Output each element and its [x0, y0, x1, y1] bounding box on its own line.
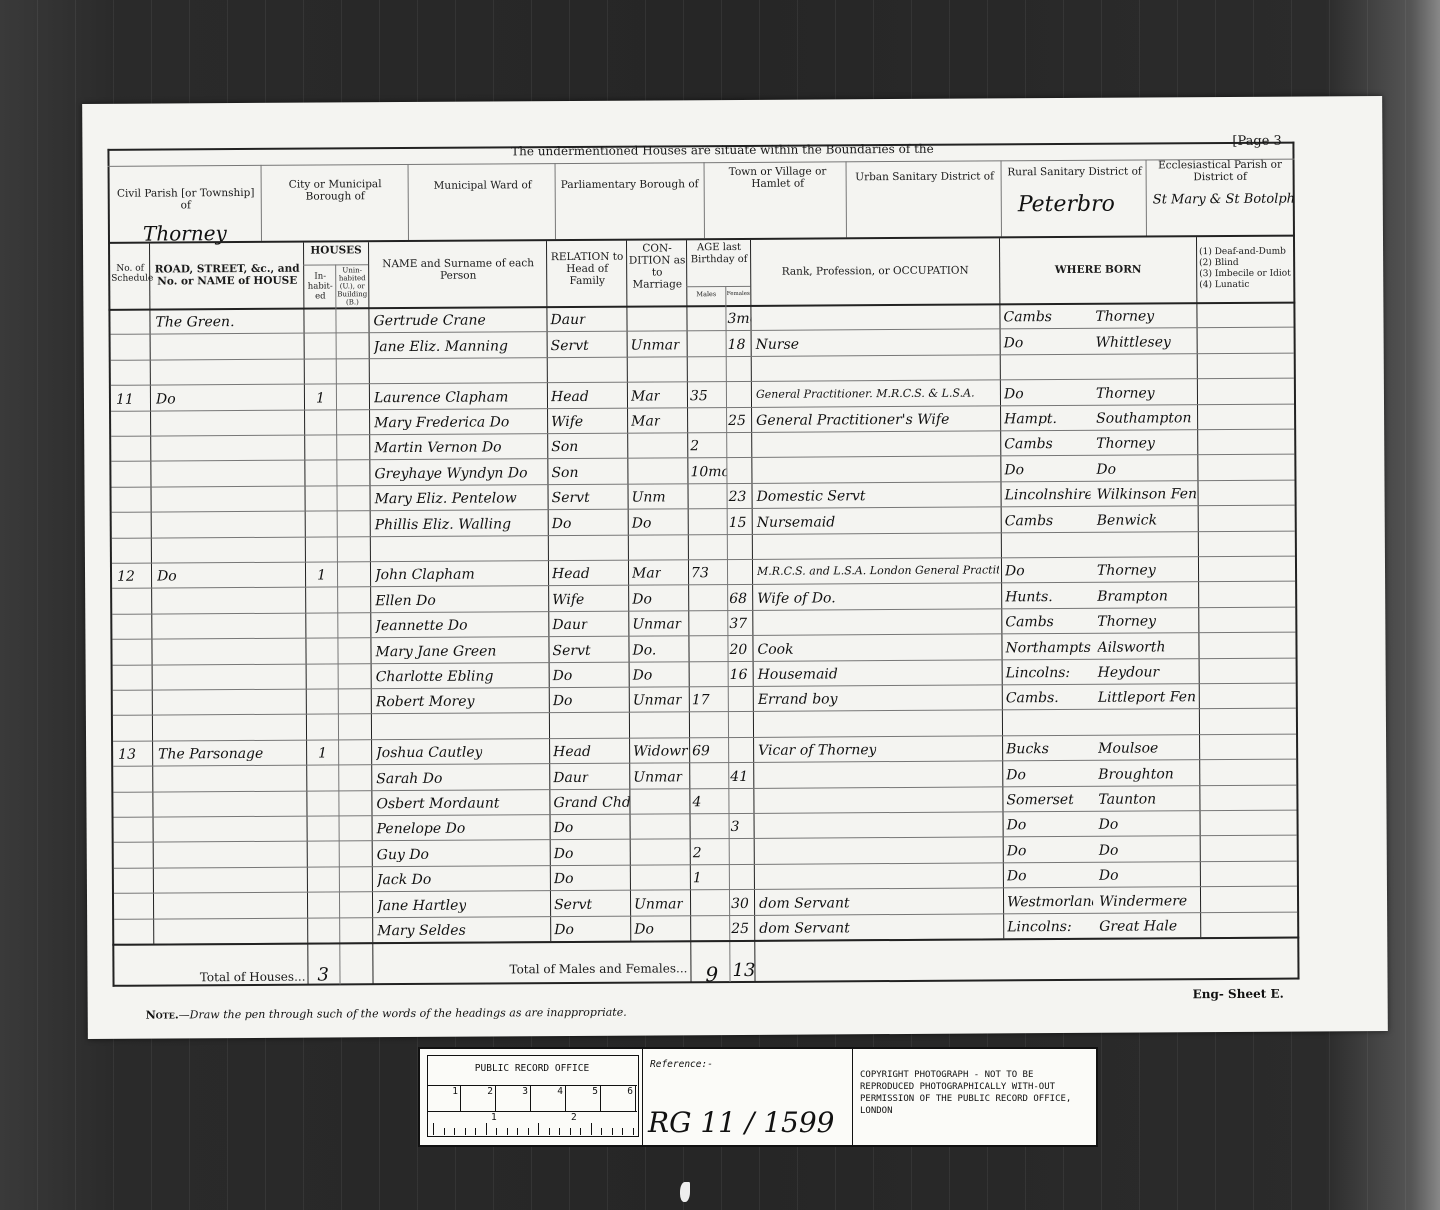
name-cell: Sarah Do	[376, 771, 442, 785]
occupation-cell: Vicar of Thorney	[758, 743, 877, 758]
row-rule	[112, 530, 1295, 538]
row-rule	[113, 708, 1296, 716]
male-age-cell: 73	[691, 567, 709, 581]
female-age-cell: 68	[729, 592, 747, 606]
ruler-tick	[549, 1128, 550, 1135]
name-cell: Robert Morey	[376, 695, 475, 710]
col-infirmity-4: (4) Lunatic	[1199, 280, 1249, 291]
ruler-tick	[444, 1128, 445, 1135]
row-rule	[113, 683, 1296, 691]
relation-cell: Wife	[551, 415, 583, 429]
born-place-cell: Do	[1096, 462, 1116, 476]
ruler-tick	[517, 1128, 518, 1135]
born-place-cell: Broughton	[1098, 767, 1174, 781]
name-cell: Gertrude Crane	[373, 314, 485, 329]
row-rule	[113, 784, 1296, 792]
ruler: 12	[427, 1112, 637, 1135]
occupation-cell: Errand boy	[758, 693, 838, 707]
condition-cell: Unmar	[633, 770, 682, 784]
born-place-cell: Great Hale	[1099, 919, 1177, 933]
name-cell: Osbert Mordaunt	[376, 796, 499, 811]
relation-cell: Servt	[554, 897, 592, 911]
reference-value: RG 11 / 1599	[648, 1109, 834, 1137]
ruler-tick	[433, 1123, 434, 1135]
inhabited-cell: 1	[316, 391, 325, 405]
urban-sanitary-label: Urban Sanitary District of	[851, 170, 999, 183]
female-age-cell: 18	[728, 338, 746, 352]
relation-cell: Servt	[552, 491, 590, 505]
schedule-cell: 13	[118, 748, 136, 762]
name-cell: John Clapham	[375, 568, 475, 583]
copyright-notice: COPYRIGHT PHOTOGRAPH - NOT TO BE REPRODU…	[860, 1069, 1080, 1118]
name-cell: Laurence Clapham	[374, 390, 508, 405]
col-females: Females	[726, 291, 750, 297]
relation-cell: Do	[554, 872, 574, 886]
born-place-cell: Wilkinson Fen	[1097, 487, 1197, 502]
female-age-cell: 16	[730, 668, 748, 682]
condition-cell: Mar	[631, 389, 660, 403]
row-rule	[114, 860, 1297, 868]
row-rule	[114, 911, 1297, 919]
relation-cell: Head	[552, 567, 590, 581]
relation-cell: Servt	[552, 643, 590, 657]
schedule-cell: 11	[116, 392, 134, 406]
relation-cell: Wife	[552, 593, 584, 607]
born-place-cell: Thorney	[1097, 615, 1156, 629]
male-age-cell: 10mo	[690, 465, 726, 479]
scale-number: 3	[497, 1086, 531, 1111]
scale-number: 4	[532, 1086, 566, 1111]
scale-number: 2	[462, 1086, 496, 1111]
ruler-tick	[559, 1128, 560, 1135]
born-county-cell: Hunts.	[1005, 590, 1053, 604]
census-sheet: The undermentioned Houses are situate wi…	[82, 96, 1388, 1039]
row-rule	[112, 632, 1295, 640]
schedule-cell: 12	[117, 570, 135, 584]
note: Note.—Draw the pen through such of the w…	[146, 1006, 627, 1022]
row-rule	[114, 810, 1297, 818]
name-cell: Mary Seldes	[377, 924, 466, 939]
relation-cell: Son	[551, 440, 578, 454]
col-name: NAME and Surname of each Person	[373, 257, 543, 282]
born-county-cell: Do	[1007, 844, 1027, 858]
scale-number: 1	[427, 1086, 461, 1111]
condition-cell: Unm	[632, 491, 666, 505]
born-county-cell: Cambs.	[1006, 691, 1059, 705]
female-age-cell: 41	[730, 770, 748, 784]
rural-sanitary-value: Peterbro	[1018, 194, 1115, 217]
condition-cell: Mar	[632, 567, 661, 581]
born-county-cell: Cambs	[1004, 437, 1053, 451]
road-cell: Do	[156, 392, 176, 406]
note-prefix: Note.	[146, 1008, 179, 1021]
born-place-cell: Windermere	[1099, 894, 1187, 909]
row-rule	[111, 454, 1294, 462]
scale-number: 5	[567, 1086, 601, 1111]
ruler-tick	[601, 1128, 602, 1135]
born-place-cell: Littleport Fen	[1098, 691, 1196, 706]
female-age-cell: 3mo	[727, 312, 751, 326]
condition-cell: Unmar	[633, 694, 682, 708]
relation-cell: Servt	[551, 339, 589, 353]
record-office-card: PUBLIC RECORD OFFICE 123456 12 Reference…	[418, 1047, 1098, 1147]
total-houses-label: Total of Houses...	[187, 971, 305, 986]
male-age-cell: 1	[693, 871, 702, 885]
born-place-cell: Do	[1099, 818, 1119, 832]
female-age-cell: 25	[731, 922, 749, 936]
row-rule	[112, 581, 1295, 589]
name-cell: Guy Do	[377, 848, 429, 862]
male-age-cell: 2	[693, 846, 702, 860]
occupation-cell: Wife of Do.	[757, 591, 836, 605]
row-rule	[113, 733, 1296, 741]
born-county-cell: Cambs	[1003, 310, 1052, 324]
male-age-cell: 17	[692, 694, 710, 708]
scale-grid: 123456	[427, 1086, 637, 1111]
row-rule	[112, 606, 1295, 614]
born-place-cell: Thorney	[1097, 564, 1156, 578]
name-cell: Penelope Do	[377, 822, 466, 837]
page-label: [Page 3	[1232, 135, 1281, 150]
born-county-cell: Lincolns:	[1006, 666, 1071, 680]
relation-cell: Do	[553, 669, 573, 683]
total-houses-value: 3	[317, 966, 329, 984]
note-text: —Draw the pen through such of the words …	[179, 1006, 627, 1022]
born-place-cell: Do	[1099, 869, 1119, 883]
name-cell: Joshua Cautley	[376, 746, 483, 761]
ruler-number: 2	[571, 1112, 577, 1123]
born-county-cell: Lincolnshire	[1005, 488, 1091, 503]
ruler-tick	[633, 1128, 634, 1135]
born-county-cell: Cambs	[1005, 615, 1054, 629]
occupation-cell: General Practitioner. M.R.C.S. & L.S.A.	[756, 387, 975, 399]
total-persons-label: Total of Males and Females...	[447, 962, 687, 977]
relation-cell: Do	[554, 923, 574, 937]
name-cell: Mary Frederica Do	[374, 415, 509, 430]
ruler-number: 1	[491, 1112, 497, 1123]
row-rule	[111, 429, 1294, 437]
occupation-cell: Housemaid	[758, 667, 838, 681]
col-infirmity-3: (3) Imbecile or Idiot	[1199, 269, 1291, 280]
born-county-cell: Do	[1005, 565, 1025, 579]
total-females: 13	[732, 962, 755, 980]
relation-cell: Do	[554, 847, 574, 861]
occupation-cell: Nursemaid	[757, 515, 836, 529]
male-age-cell: 35	[690, 389, 708, 403]
born-county-cell: Hampt.	[1004, 412, 1057, 426]
name-cell: Ellen Do	[375, 594, 436, 608]
relation-cell: Grand Chd	[553, 796, 629, 810]
born-county-cell: Northampts	[1005, 640, 1091, 655]
relation-cell: Do	[552, 517, 572, 531]
record-office-title: PUBLIC RECORD OFFICE	[427, 1063, 637, 1074]
born-county-cell: Do	[1004, 387, 1024, 401]
col-where-born: WHERE BORN	[1001, 263, 1195, 276]
name-cell: Mary Eliz. Pentelow	[375, 492, 517, 507]
condition-cell: Do	[634, 923, 654, 937]
born-county-cell: Do	[1004, 463, 1024, 477]
rural-sanitary-label: Rural Sanitary District of	[1005, 165, 1145, 178]
col-houses: HOUSES	[305, 244, 367, 256]
ruler-tick	[538, 1123, 539, 1135]
born-county-cell: Do	[1004, 336, 1024, 350]
occupation-cell: Cook	[757, 642, 793, 656]
occupation-cell: M.R.C.S. and L.S.A. London General Pract…	[757, 565, 999, 577]
ruler-tick	[622, 1128, 623, 1135]
col-infirmity-2: (2) Blind	[1199, 258, 1239, 269]
col-condition: CON-DITION as to Marriage	[628, 242, 686, 291]
sheet-title: The undermentioned Houses are situate wi…	[422, 142, 1022, 159]
col-uninhabited: Unin-habited (U.), or Building (B.)	[337, 266, 367, 306]
municipal-ward-label: Municipal Ward of	[413, 179, 553, 192]
condition-cell: Mar	[631, 414, 660, 428]
male-age-cell: 2	[690, 440, 699, 454]
name-cell: Phillis Eliz. Walling	[375, 517, 511, 532]
road-cell: The Parsonage	[158, 747, 263, 762]
male-age-cell: 69	[692, 744, 710, 758]
condition-cell: Do	[633, 669, 653, 683]
name-cell: Charlotte Ebling	[376, 669, 494, 684]
female-age-cell: 20	[729, 643, 747, 657]
born-county-cell: Do	[1006, 768, 1026, 782]
ruler-tick	[496, 1128, 497, 1135]
male-age-cell: 4	[692, 795, 701, 809]
born-county-cell: Bucks	[1006, 742, 1049, 756]
ecclesiastical-label: Ecclesiastical Parish or District of	[1148, 159, 1293, 184]
ruler-tick	[612, 1128, 613, 1135]
parliamentary-borough-label: Parliamentary Borough of	[559, 178, 701, 191]
female-age-cell: 15	[729, 516, 747, 530]
relation-cell: Daur	[553, 770, 588, 784]
relation-cell: Head	[553, 745, 591, 759]
born-place-cell: Thorney	[1095, 310, 1154, 324]
col-males: Males	[687, 291, 725, 299]
row-rule	[111, 327, 1294, 335]
born-place-cell: Benwick	[1097, 513, 1157, 527]
name-cell: Martin Vernon Do	[374, 441, 501, 456]
inhabited-cell: 1	[317, 569, 326, 583]
born-county-cell: Somerset	[1006, 793, 1073, 807]
condition-cell: Unmar	[631, 338, 680, 352]
row-rule	[114, 886, 1297, 894]
relation-cell: Daur	[550, 313, 585, 327]
paper-fragment	[680, 1182, 690, 1202]
civil-parish-label: Civil Parish [or Township] of	[111, 187, 261, 212]
occupation-cell: Nurse	[756, 337, 800, 351]
born-place-cell: Moulsoe	[1098, 742, 1158, 756]
born-county-cell: Cambs	[1005, 514, 1054, 528]
female-age-cell: 25	[728, 414, 746, 428]
name-cell: Jack Do	[377, 873, 431, 887]
female-age-cell: 23	[729, 490, 747, 504]
road-cell: The Green.	[155, 315, 234, 329]
relation-cell: Daur	[552, 618, 587, 632]
condition-cell: Unmar	[632, 618, 681, 632]
name-cell: Jeannette Do	[375, 619, 467, 634]
occupation-cell: dom Servant	[759, 921, 850, 936]
ruler-tick	[486, 1123, 487, 1135]
relation-cell: Do	[553, 694, 573, 708]
born-place-cell: Heydour	[1098, 665, 1160, 679]
female-age-cell: 30	[731, 897, 749, 911]
born-place-cell: Do	[1099, 843, 1119, 857]
sheet-label: Eng- Sheet E.	[1193, 987, 1284, 1002]
row-rule	[111, 352, 1294, 360]
occupation-cell: General Practitioner's Wife	[756, 413, 949, 428]
female-age-cell: 37	[729, 617, 747, 631]
row-rule	[111, 378, 1294, 386]
born-county-cell: Westmorland	[1007, 894, 1093, 909]
town-village-label: Town or Village or Hamlet of	[718, 165, 838, 190]
col-relation: RELATION to Head of Family	[548, 251, 626, 288]
reference-label: Reference:-	[650, 1059, 713, 1070]
total-males: 9	[705, 964, 718, 984]
row-rule	[111, 479, 1294, 487]
row-rule	[112, 505, 1295, 513]
condition-cell: Do.	[632, 643, 656, 657]
inhabited-cell: 1	[318, 747, 327, 761]
ruler-tick	[580, 1128, 581, 1135]
occupation-cell: dom Servant	[759, 896, 850, 911]
born-place-cell: Thorney	[1096, 386, 1155, 400]
name-cell: Jane Hartley	[377, 898, 466, 913]
col-road: ROAD, STREET, &c., and No. or NAME of HO…	[153, 263, 301, 288]
born-county-cell: Lincolns:	[1007, 920, 1072, 934]
born-place-cell: Thorney	[1096, 437, 1155, 451]
born-place-cell: Taunton	[1098, 792, 1156, 806]
female-age-cell: 3	[731, 820, 740, 834]
road-cell: Do	[157, 570, 177, 584]
born-place-cell: Ailsworth	[1097, 640, 1165, 654]
name-cell: Jane Eliz. Manning	[374, 339, 508, 354]
col-inhabited: In-habit-ed	[305, 272, 335, 301]
ruler-tick	[475, 1128, 476, 1135]
col-schedule: No. of Schedule	[111, 264, 149, 285]
row-rule	[114, 835, 1297, 843]
born-county-cell: Do	[1007, 819, 1027, 833]
col-age: AGE last Birthday of	[688, 242, 750, 265]
row-rule	[111, 403, 1294, 411]
born-place-cell: Brampton	[1097, 589, 1168, 603]
row-rule	[113, 759, 1296, 767]
col-infirmity-1: (1) Deaf-and-Dumb	[1199, 247, 1286, 258]
name-cell: Greyhaye Wyndyn Do	[374, 466, 527, 481]
col-occupation: Rank, Profession, or OCCUPATION	[753, 264, 997, 278]
scale-number: 6	[602, 1086, 636, 1111]
ruler-tick	[454, 1128, 455, 1135]
row-rule	[113, 657, 1296, 665]
condition-cell: Do	[632, 592, 652, 606]
born-county-cell: Do	[1007, 869, 1027, 883]
ruler-tick	[465, 1128, 466, 1135]
condition-cell: Widowr	[633, 744, 688, 758]
city-borough-label: City or Municipal Borough of	[268, 178, 403, 203]
name-cell: Mary Jane Green	[375, 644, 496, 659]
relation-cell: Head	[551, 389, 589, 403]
relation-cell: Do	[554, 821, 574, 835]
ecclesiastical-value: St Mary & St Botolph	[1153, 193, 1295, 207]
born-place-cell: Southampton	[1096, 411, 1191, 426]
relation-cell: Son	[551, 466, 578, 480]
condition-cell: Do	[632, 516, 652, 530]
ruler-tick	[570, 1128, 571, 1135]
ruler-tick	[591, 1123, 592, 1135]
occupation-cell: Domestic Servt	[757, 489, 866, 504]
condition-cell: Unmar	[634, 897, 683, 911]
row-rule	[112, 556, 1295, 564]
ruler-tick	[507, 1128, 508, 1135]
born-place-cell: Whittlesey	[1096, 335, 1171, 349]
ruler-tick	[528, 1128, 529, 1135]
